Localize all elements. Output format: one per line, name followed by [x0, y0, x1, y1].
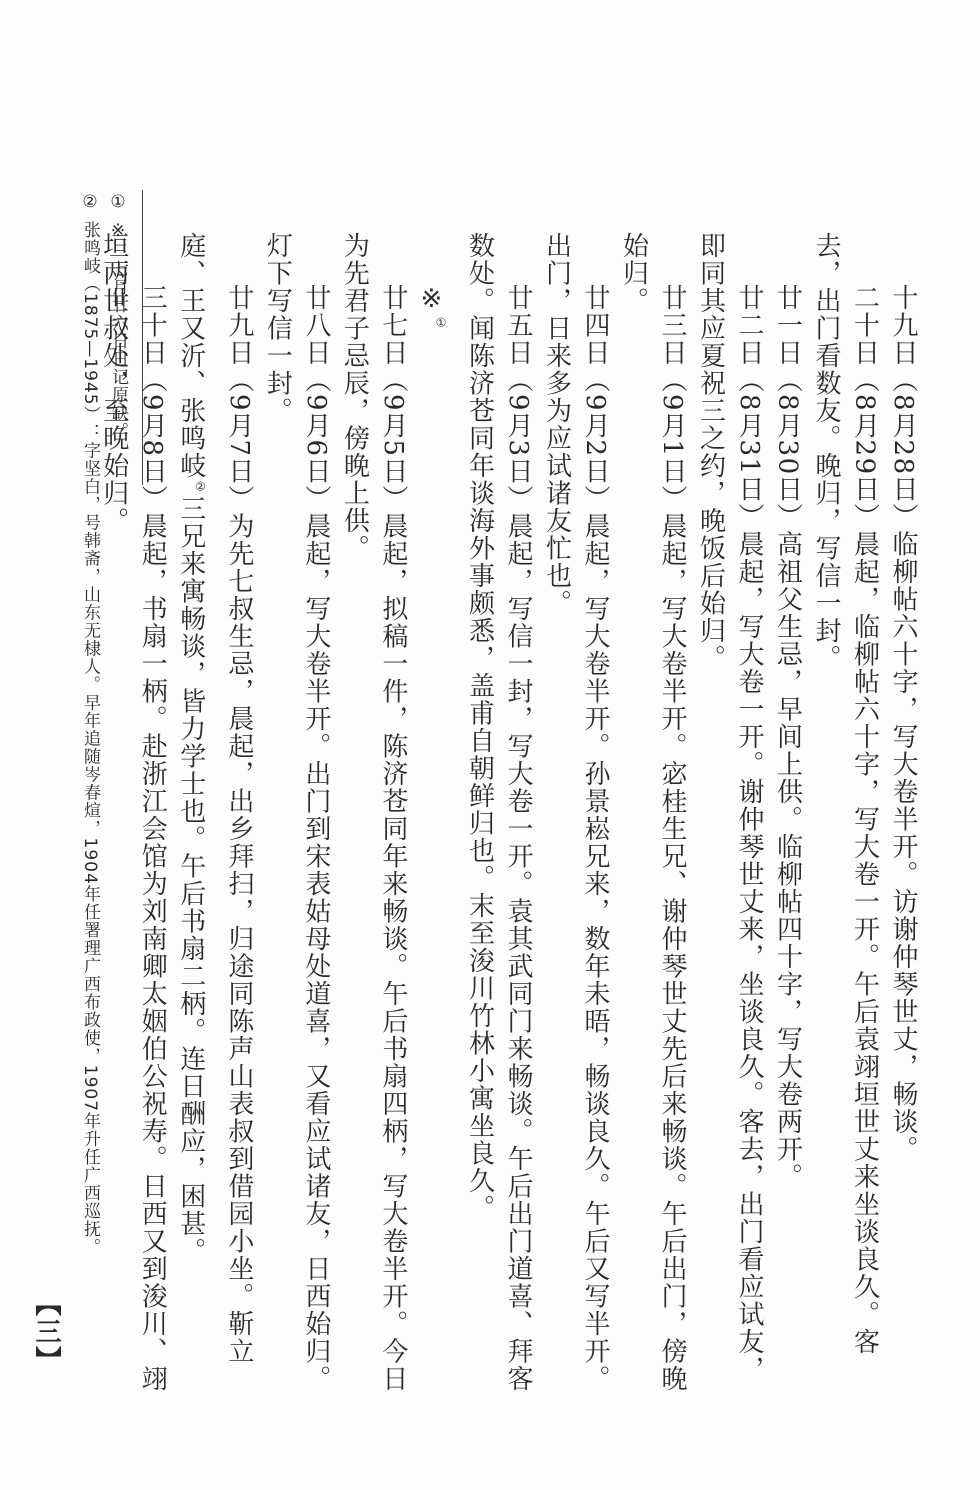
diary-entry: 廿九日（9月7日）为先七叔生忌，晨起，出乡拜扫，归途同陈声山表叔到借园小坐。靳立…: [171, 232, 258, 1402]
book-page: 十九日（8月28日）临柳帖六十字，写大卷半开。访谢仲琴世丈，畅谈。 二十日（8月…: [0, 0, 980, 1490]
footnote-text: ※：七月廿六日日记原缺。: [108, 221, 128, 440]
entry-text: 临柳帖六十字，写大卷半开。访谢仲琴世丈，畅谈。: [888, 531, 918, 1164]
entry-date: 廿二日: [734, 284, 764, 367]
diary-entry: 廿四日（9月2日）晨起，写大卷半开。孙景崧兄来，数年未晤，畅谈良久。午后又写半开…: [537, 232, 614, 1402]
entry-gregorian-date: （9月1日）: [657, 367, 687, 513]
entry-gregorian-date: （8月31日）: [734, 367, 764, 531]
footnotes: ①※：七月廿六日日记原缺。 ②张鸣岐（1875—1945）：字坚白，号韩斋，山东…: [76, 192, 132, 1292]
footnote-ref[interactable]: ①: [434, 316, 448, 332]
entry-date: 廿七日: [378, 284, 408, 367]
entry-date: 廿八日: [301, 284, 331, 367]
entry-gregorian-date: （9月3日）: [503, 367, 533, 513]
entry-date: 二十日: [850, 284, 880, 367]
entry-date: 廿五日: [503, 284, 533, 367]
footnote-number: ①: [104, 192, 132, 213]
diary-body: 十九日（8月28日）临柳帖六十字，写大卷半开。访谢仲琴世丈，畅谈。 二十日（8月…: [94, 232, 922, 1402]
footnote-ref[interactable]: ②: [193, 480, 207, 496]
footnote: ①※：七月廿六日日记原缺。: [104, 192, 132, 1292]
entry-gregorian-date: （9月2日）: [580, 367, 610, 513]
marker-symbol: ※: [416, 284, 446, 316]
entry-gregorian-date: （8月30日）: [773, 367, 803, 531]
entry-date: 廿四日: [580, 284, 610, 367]
footnote-number: ②: [76, 192, 104, 213]
diary-entry: 廿二日（8月31日）晨起，写大卷一开。谢仲琴世丈来，坐谈良久。客去，出门看应试友…: [691, 232, 768, 1402]
diary-entry: 廿八日（9月6日）晨起，写大卷半开。出门到宋表姑母处道喜，又看应试诸友，日西始归…: [258, 232, 335, 1402]
diary-entry: 十九日（8月28日）临柳帖六十字，写大卷半开。访谢仲琴世丈，畅谈。: [884, 232, 923, 1402]
diary-entry: 廿三日（9月1日）晨起，写大卷半开。宓桂生兄、谢仲琴世丈先后来畅谈。午后出门，傍…: [614, 232, 691, 1402]
entry-gregorian-date: （9月7日）: [224, 367, 254, 513]
entry-text: 高祖父生忌，早间上供。临柳帖四十字，写大卷两开。: [773, 531, 803, 1191]
entry-date: 廿九日: [224, 284, 254, 367]
diary-entry: 廿五日（9月3日）晨起，写信一封，写大卷一开。袁其武同门来畅谈。午后出门道喜、拜…: [460, 232, 537, 1402]
footnote: ②张鸣岐（1875—1945）：字坚白，号韩斋，山东无棣人。早年追随岑春煊，19…: [76, 192, 104, 1292]
entry-gregorian-date: （9月6日）: [301, 367, 331, 513]
footnote-text: 张鸣岐（1875—1945）：字坚白，号韩斋，山东无棣人。早年追随岑春煊，190…: [80, 221, 100, 1256]
page-number: 【三】: [28, 1290, 65, 1374]
diary-entry: 廿七日（9月5日）晨起，拟稿一件，陈济苍同年来畅谈。午后书扇四柄，写大卷半开。今…: [335, 232, 412, 1402]
missing-entry-marker: ※①: [412, 232, 460, 1402]
entry-gregorian-date: （9月5日）: [378, 367, 408, 513]
entry-gregorian-date: （8月29日）: [850, 367, 880, 531]
diary-entry: 二十日（8月29日）晨起，临柳帖六十字，写大卷一开。午后袁翊垣世丈来坐谈良久。客…: [807, 232, 884, 1402]
diary-entry: 廿一日（8月30日）高祖父生忌，早间上供。临柳帖四十字，写大卷两开。: [768, 232, 807, 1402]
entry-date: 十九日: [888, 284, 918, 367]
entry-date: 廿三日: [657, 284, 687, 367]
footnote-divider: [142, 190, 143, 485]
entry-date: 廿一日: [773, 284, 803, 367]
entry-gregorian-date: （8月28日）: [888, 367, 918, 531]
entry-text: 三兄来寓畅谈，皆力学士也。午后书扇二柄。连日酬应，困甚。: [176, 495, 206, 1265]
